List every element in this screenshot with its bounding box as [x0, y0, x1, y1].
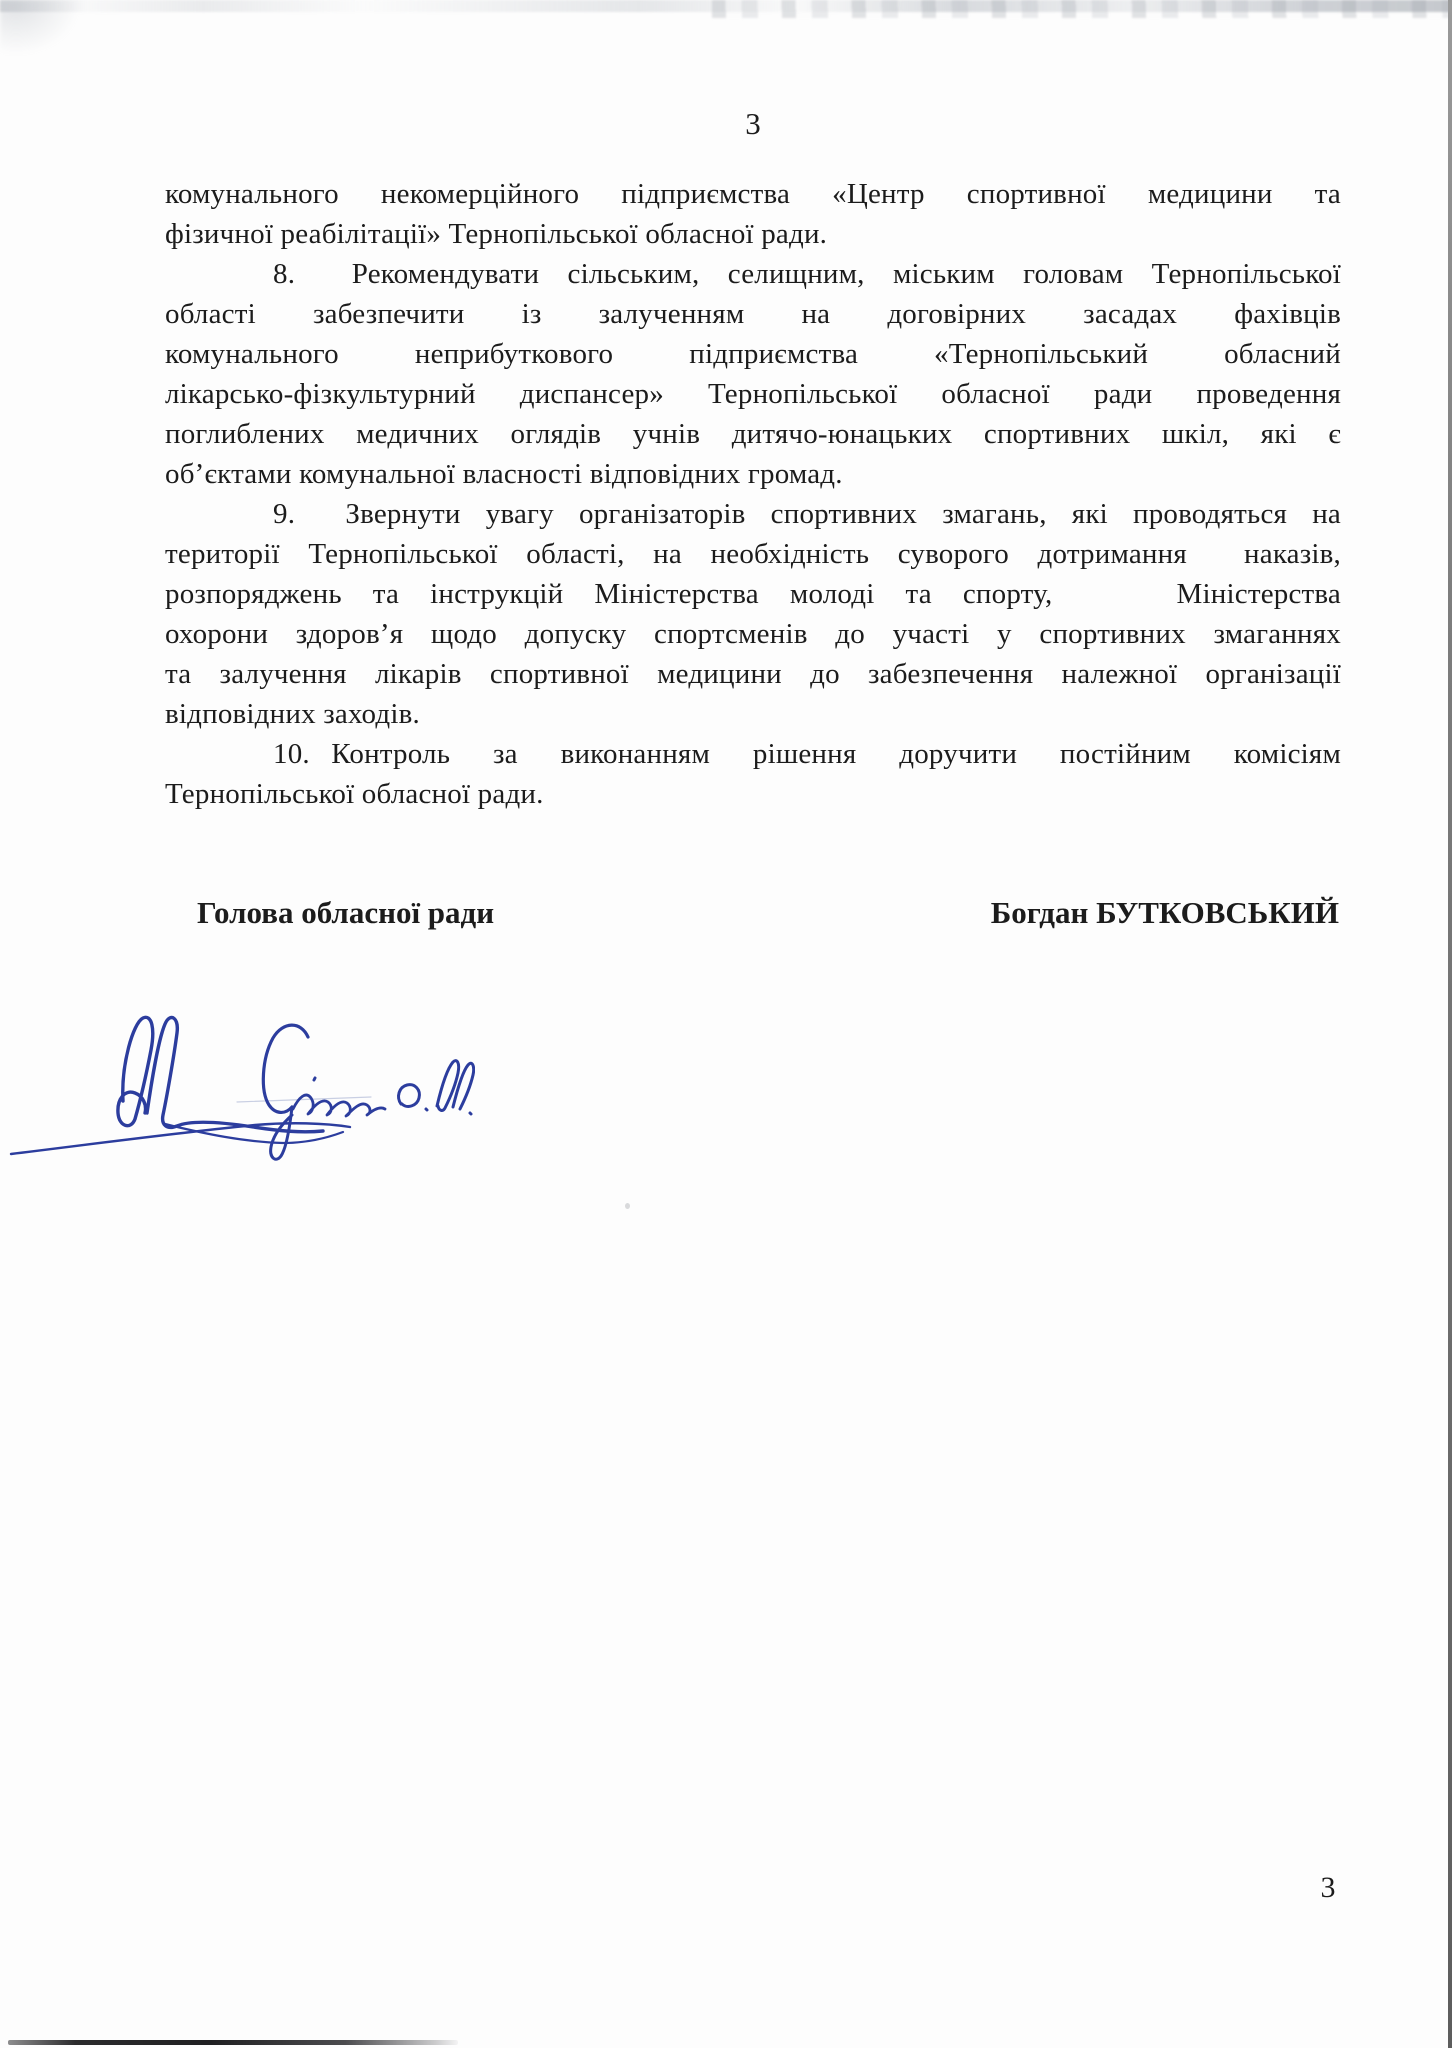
page-number-top: 3 [165, 104, 1341, 144]
text-line: 9. Звернути увагу організаторів спортивн… [165, 494, 1341, 534]
scan-speck [625, 1203, 630, 1209]
text-line: відповідних заходів. [165, 694, 1341, 734]
text-line: лікарсько-фізкультурний диспансер» Терно… [165, 374, 1341, 414]
text-line: 10. Контроль за виконанням рішення доруч… [165, 734, 1341, 774]
page-number-bottom: 3 [1288, 1868, 1368, 1908]
text-line: комунального неприбуткового підприємства… [165, 334, 1341, 374]
text-line: розпоряджень та інструкцій Міністерства … [165, 574, 1341, 614]
scan-noise-top-right [712, 0, 1452, 18]
text-line: поглиблених медичних оглядів учнів дитяч… [165, 414, 1341, 454]
text-line: комунального некомерційного підприємства… [165, 174, 1341, 214]
text-line: території Тернопільської області, на нео… [165, 534, 1341, 574]
text-line: охорони здоров’я щодо допуску спортсмені… [165, 614, 1341, 654]
signer-position-title: Голова обласної ради [197, 893, 494, 933]
signer-name: Богдан БУТКОВСЬКИЙ [991, 893, 1339, 933]
handwritten-signature-ink [5, 1005, 475, 1165]
document-body: комунального некомерційного підприємства… [165, 174, 1341, 814]
text-line: області забезпечити із залученням на дог… [165, 294, 1341, 334]
document-page: 3 комунального некомерційного підприємст… [0, 0, 1452, 2048]
text-line: фізичної реабілітації» Тернопільської об… [165, 214, 1341, 254]
scan-edge-bottom [8, 2040, 458, 2045]
text-line: об’єктами комунальної власності відповід… [165, 454, 1341, 494]
text-line: 8. Рекомендувати сільським, селищним, мі… [165, 254, 1341, 294]
signature-block: Голова обласної ради Богдан БУТКОВСЬКИЙ [197, 893, 1339, 933]
scan-edge-right [1448, 0, 1452, 2048]
text-line: Тернопільської обласної ради. [165, 774, 1341, 814]
text-line: та залучення лікарів спортивної медицини… [165, 654, 1341, 694]
scan-noise-top-left [0, 0, 80, 55]
